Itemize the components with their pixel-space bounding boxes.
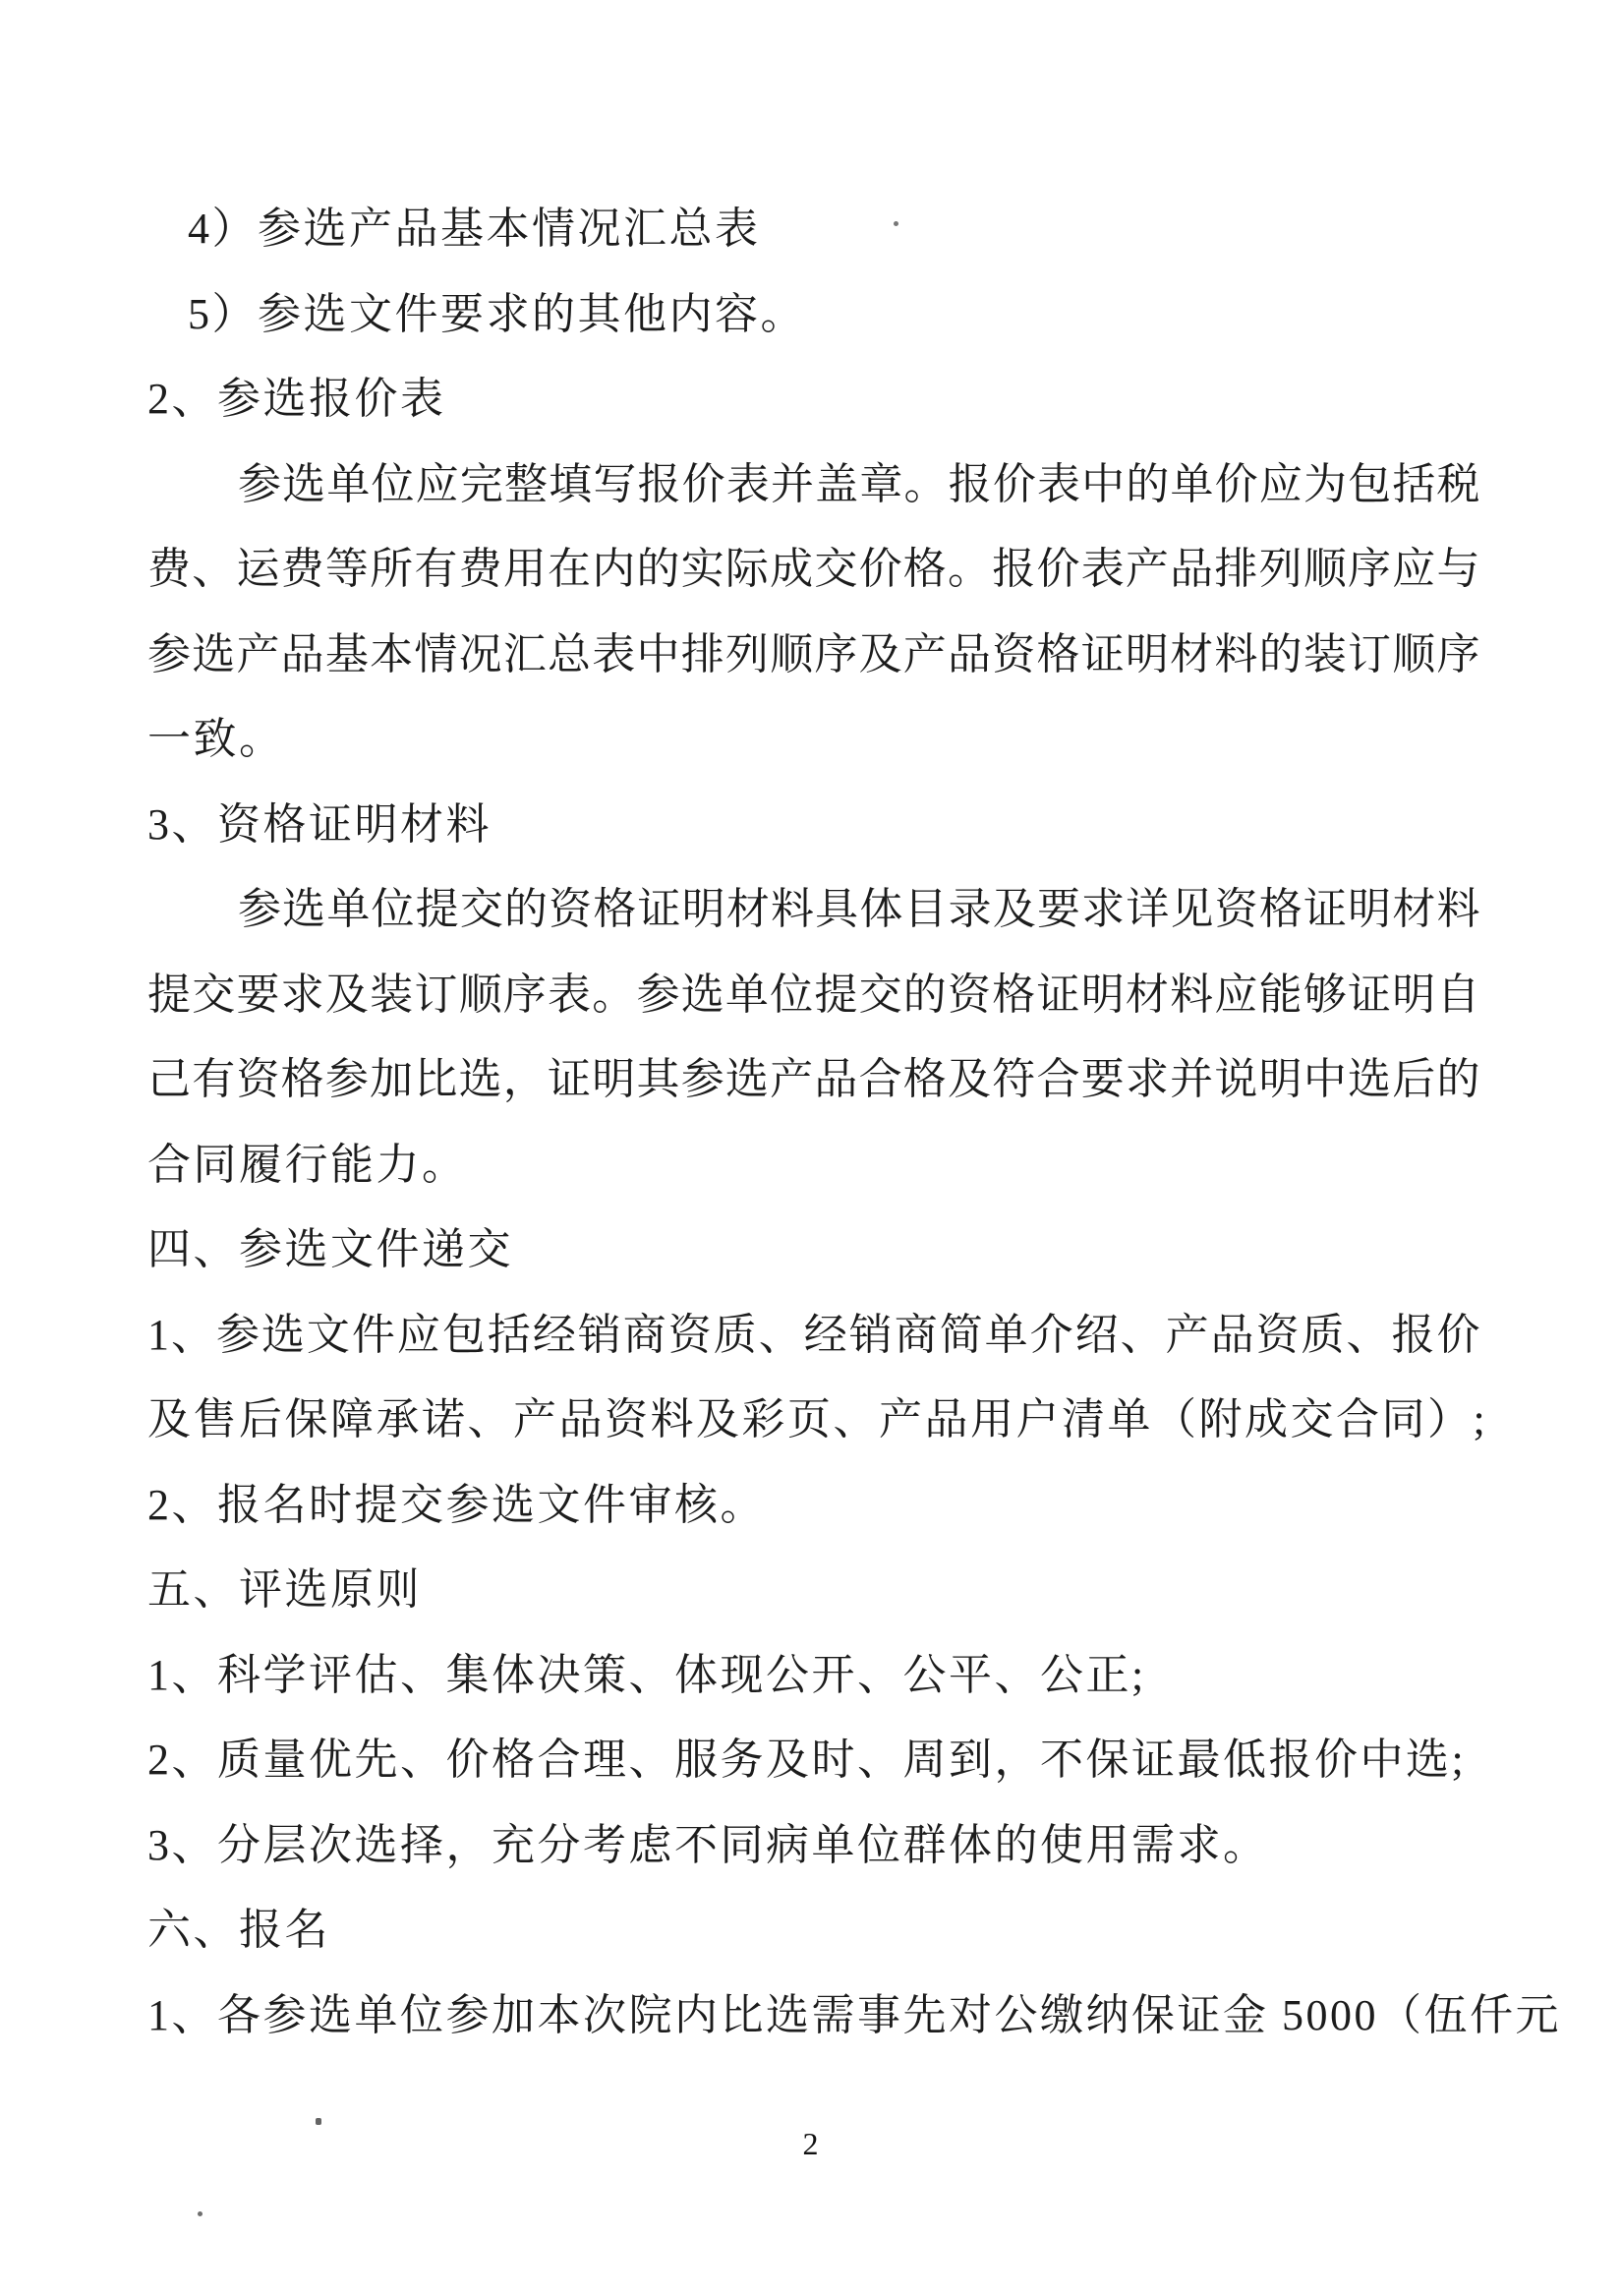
text-line: 2、参选报价表: [147, 357, 1480, 442]
text-line: 2、报名时提交参选文件审核。: [147, 1463, 1480, 1549]
text-line: 五、评选原则: [147, 1548, 1480, 1633]
text-line: 1、各参选单位参加本次院内比选需事先对公缴纳保证金 5000（伍仟元: [147, 1973, 1480, 2059]
scan-speck: [316, 2118, 321, 2125]
text-line: 己有资格参加比选，证明其参选产品合格及符合要求并说明中选后的: [147, 1037, 1480, 1123]
scan-speck: [198, 2211, 203, 2216]
document-body: 4）参选产品基本情况汇总表5）参选文件要求的其他内容。2、参选报价表参选单位应完…: [147, 187, 1480, 2058]
document-page: 4）参选产品基本情况汇总表5）参选文件要求的其他内容。2、参选报价表参选单位应完…: [0, 0, 1621, 2296]
text-line: 3、资格证明材料: [147, 783, 1480, 868]
text-line: 及售后保障承诺、产品资料及彩页、产品用户清单（附成交合同）;: [147, 1378, 1480, 1463]
text-line: 六、报名: [147, 1888, 1480, 1973]
text-line: 合同履行能力。: [147, 1123, 1480, 1208]
text-line: 3、分层次选择，充分考虑不同病单位群体的使用需求。: [147, 1803, 1480, 1889]
text-line: 1、参选文件应包括经销商资质、经销商简单介绍、产品资质、报价表: [147, 1293, 1480, 1379]
text-line: 参选产品基本情况汇总表中排列顺序及产品资格证明材料的装订顺序: [147, 613, 1480, 698]
text-line: 4）参选产品基本情况汇总表: [147, 187, 1480, 272]
text-line: 参选单位应完整填写报价表并盖章。报价表中的单价应为包括税: [147, 442, 1480, 528]
text-line: 一致。: [147, 697, 1480, 783]
text-line: 参选单位提交的资格证明材料具体目录及要求详见资格证明材料: [147, 867, 1480, 953]
text-line: 1、科学评估、集体决策、体现公开、公平、公正;: [147, 1633, 1480, 1719]
text-line: 5）参选文件要求的其他内容。: [147, 272, 1480, 358]
text-line: 四、参选文件递交: [147, 1207, 1480, 1293]
text-line: 提交要求及装订顺序表。参选单位提交的资格证明材料应能够证明自: [147, 953, 1480, 1038]
text-line: 费、运费等所有费用在内的实际成交价格。报价表产品排列顺序应与: [147, 527, 1480, 613]
scan-speck: [894, 221, 898, 226]
text-line: 2、质量优先、价格合理、服务及时、周到，不保证最低报价中选;: [147, 1718, 1480, 1803]
page-number: 2: [0, 2122, 1621, 2165]
